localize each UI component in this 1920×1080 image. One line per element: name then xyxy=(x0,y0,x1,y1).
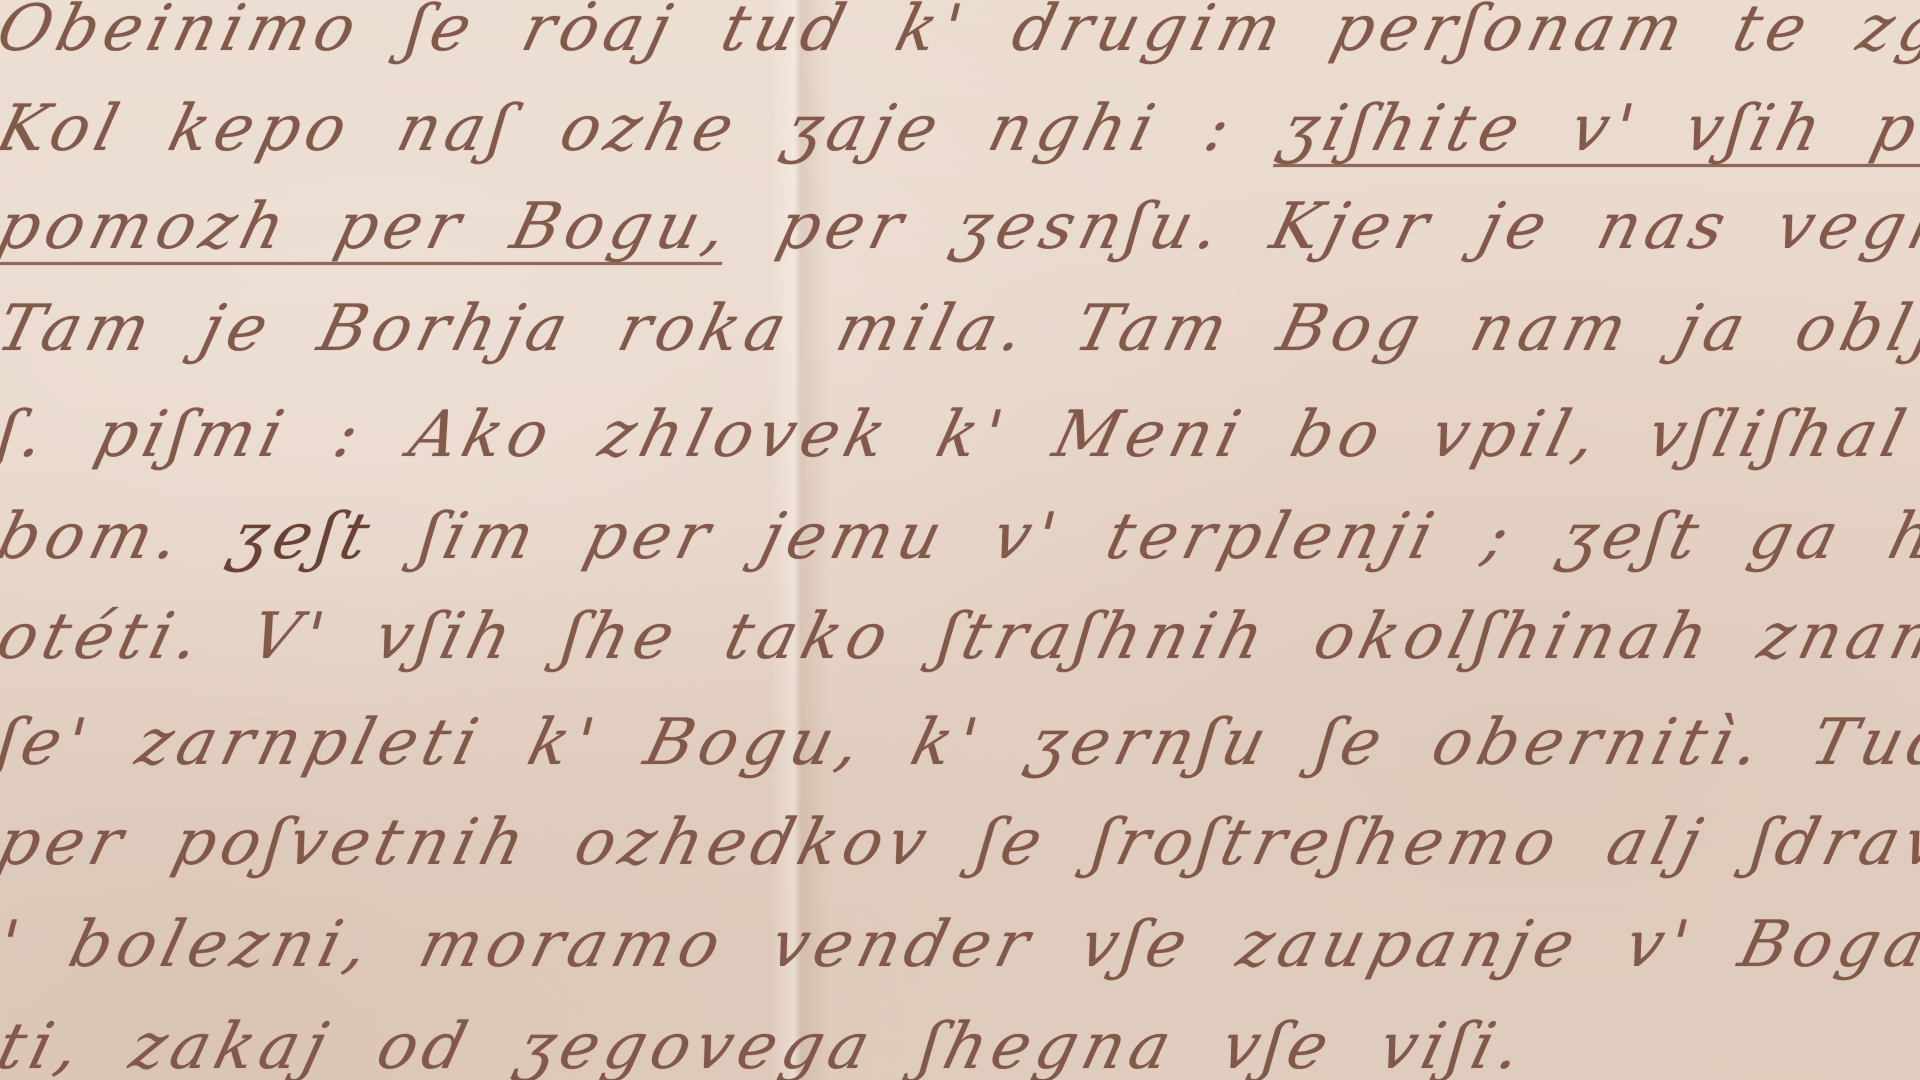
line-7-text: otéti. V' vʃih ʃhe tako ʃtraʃhnih okolʃh… xyxy=(0,600,1920,674)
manuscript-line-10: ' bolezni, moramo vender vʃe zaupanje v'… xyxy=(0,908,1920,982)
manuscript-line-11: ti, zakaj od ʒegovega ʃhegna vʃe viʃi. xyxy=(0,1010,1535,1080)
line-3-underlined-text: pomozh per Bogu, xyxy=(0,190,740,264)
line-3-text: per ʒesnʃu. Kjer je nas veghi ʃila xyxy=(722,190,1920,264)
manuscript-line-8: ʃe' zarnpleti k' Bogu, k' ʒernʃu ʃe ober… xyxy=(0,706,1920,780)
line-11-text: ti, zakaj od ʒegovega ʃhegna vʃe viʃi. xyxy=(0,1010,1535,1080)
line-1-text: Obeinimo ʃe rȯaj tud k' drugim perʃonam … xyxy=(0,0,1920,66)
line-5-text: ʃ. piʃmi : Ako zhlovek k' Meni bo vpil, … xyxy=(0,398,1920,472)
line-6-text-a: bom. xyxy=(0,500,241,574)
manuscript-line-9: per poʃvetnih ozhedkov ʃe ʃroʃtreʃhemo a… xyxy=(0,806,1920,880)
manuscript-page: Obeinimo ʃe rȯaj tud k' drugim perʃonam … xyxy=(0,0,1920,1080)
manuscript-line-2: Kol kepo naʃ ozhe ʒaje nghi : ʒiʃhite v'… xyxy=(0,92,1920,166)
handwritten-text-block: Obeinimo ʃe rȯaj tud k' drugim perʃonam … xyxy=(0,0,1920,1080)
line-9-text: per poʃvetnih ozhedkov ʃe ʃroʃtreʃhemo a… xyxy=(0,806,1920,880)
line-4-text: Tam je Borhja roka mila. Tam Bog nam ja … xyxy=(0,292,1920,366)
line-2-underlined-text: ʒiʃhite v' vʃih potrebah xyxy=(1273,92,1920,166)
manuscript-line-6: bom. ʒeʃt ʃim per jemu v' terplenji ; ʒe… xyxy=(0,500,1920,574)
manuscript-line-5: ʃ. piʃmi : Ako zhlovek k' Meni bo vpil, … xyxy=(0,398,1920,472)
line-2-text: Kol kepo naʃ ozhe ʒaje nghi : xyxy=(0,92,1292,166)
line-10-text: ' bolezni, moramo vender vʃe zaupanje v'… xyxy=(0,908,1920,982)
line-8-text: ʃe' zarnpleti k' Bogu, k' ʒernʃu ʃe ober… xyxy=(0,706,1920,780)
manuscript-line-4: Tam je Borhja roka mila. Tam Bog nam ja … xyxy=(0,292,1920,366)
line-6-text-b: ʒeʃt xyxy=(223,500,383,574)
manuscript-line-3: pomozh per Bogu, per ʒesnʃu. Kjer je nas… xyxy=(0,190,1920,264)
manuscript-line-7: otéti. V' vʃih ʃhe tako ʃtraʃhnih okolʃh… xyxy=(0,600,1920,674)
line-6-text-c: ʃim per jemu v' terplenji ; ʒeʃt ga hozh… xyxy=(364,500,1920,574)
manuscript-line-1: Obeinimo ʃe rȯaj tud k' drugim perʃonam … xyxy=(0,0,1920,66)
